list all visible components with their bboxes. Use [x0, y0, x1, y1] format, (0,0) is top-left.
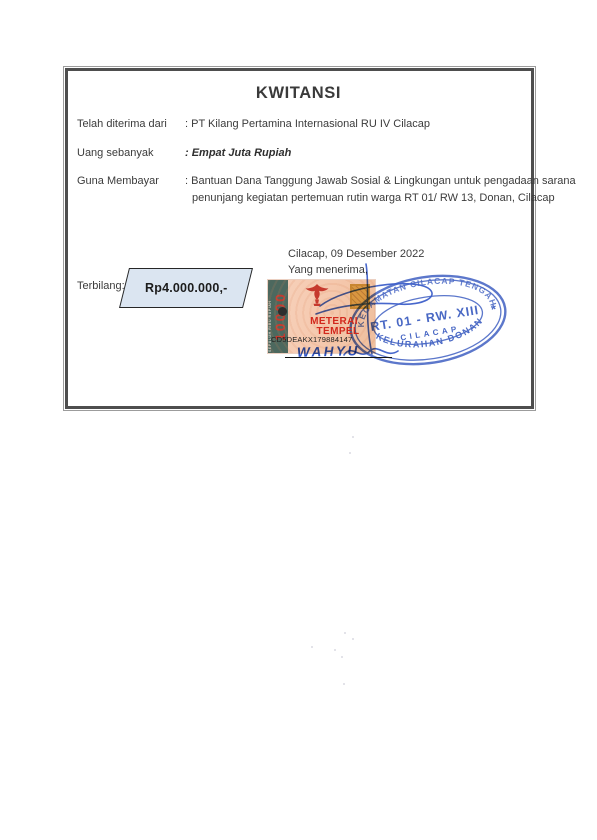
- amount-box: Rp4.000.000,-: [119, 268, 253, 308]
- value-received-from: : PT Kilang Pertamina Internasional RU I…: [185, 118, 430, 130]
- label-received-from: Telah diterima dari: [77, 118, 167, 130]
- meterai-punch-hole: [278, 307, 287, 316]
- terbilang-label: Terbilang:: [77, 280, 125, 292]
- label-purpose: Guna Membayar: [77, 175, 159, 187]
- scan-speck: [352, 638, 354, 640]
- receipt-title: KWITANSI: [63, 84, 534, 103]
- garuda-emblem-icon: [304, 283, 330, 307]
- value-purpose-line1: : Bantuan Dana Tanggung Jawab Sosial & L…: [185, 175, 576, 187]
- value-purpose-line2: penunjang kegiatan pertemuan rutin warga…: [192, 192, 555, 204]
- meterai-title: METERAI TEMPEL: [298, 317, 370, 337]
- scanned-receipt-page: KWITANSI Telah diterima dari : PT Kilang…: [0, 0, 597, 840]
- value-amount-words: : Empat Juta Rupiah: [185, 147, 291, 159]
- signature-line: [285, 357, 392, 358]
- scan-speck: [343, 683, 345, 685]
- scan-speck: [311, 646, 313, 648]
- scan-speck: [349, 452, 351, 454]
- scan-speck: [344, 632, 346, 634]
- scan-speck: [341, 656, 343, 658]
- amount-value: Rp4.000.000,-: [145, 281, 228, 295]
- label-amount-words: Uang sebanyak: [77, 147, 153, 159]
- meterai-serial: CD5DEAKX179884147: [271, 335, 352, 344]
- scan-speck: [334, 649, 336, 651]
- scan-speck: [352, 436, 354, 438]
